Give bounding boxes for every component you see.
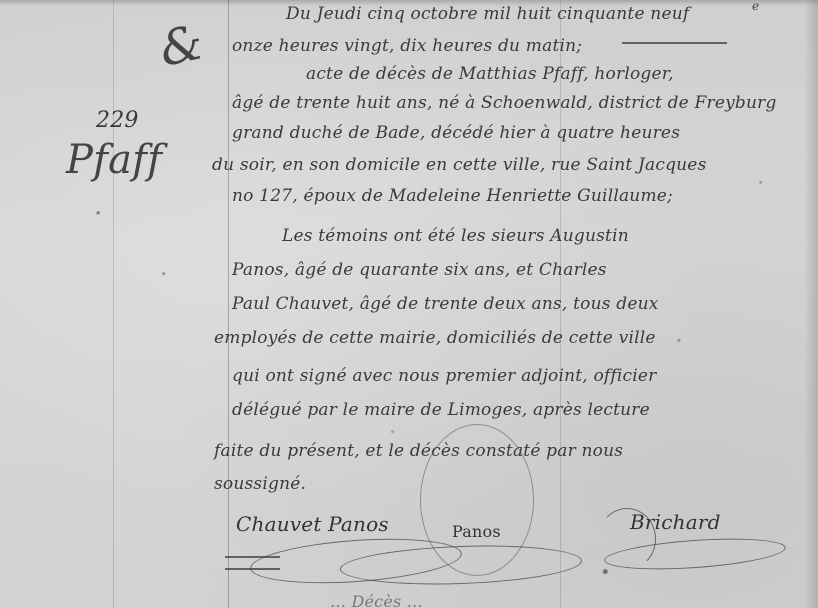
rule-stroke-2 xyxy=(225,568,280,570)
body-line-13: délégué par le maire de Limoges, après l… xyxy=(232,402,650,419)
body-line-9: Panos, âgé de quarante six ans, et Charl… xyxy=(232,262,607,279)
signature-middle: Panos xyxy=(452,524,501,540)
scanned-register-page: & 229 Pfaff Du Jeudi cinq octobre mil hu… xyxy=(0,0,818,608)
line-filler xyxy=(622,42,727,44)
margin-surname: Pfaff xyxy=(66,140,162,180)
body-line-6: du soir, en son domicile en cette ville,… xyxy=(212,157,707,174)
body-line-11: employés de cette mairie, domiciliés de … xyxy=(214,330,656,347)
flourish-right-loop xyxy=(598,508,656,570)
body-line-2: onze heures vingt, dix heures du matin; xyxy=(232,38,582,55)
body-line-1: Du Jeudi cinq octobre mil huit cinquante… xyxy=(286,6,689,23)
next-entry-partial: … Décès … xyxy=(330,594,423,608)
body-line-15: soussigné. xyxy=(214,476,306,493)
margin-mark: & xyxy=(155,18,207,74)
rule-stroke-1 xyxy=(225,556,280,558)
scan-edge-right xyxy=(804,0,818,608)
body-line-4: âgé de trente huit ans, né à Schoenwald,… xyxy=(232,95,777,112)
body-line-12: qui ont signé avec nous premier adjoint,… xyxy=(232,368,657,385)
body-line-5: grand duché de Bade, décédé hier à quatr… xyxy=(232,125,680,142)
body-line-14: faite du présent, et le décès constaté p… xyxy=(214,443,623,460)
body-line-10: Paul Chauvet, âgé de trente deux ans, to… xyxy=(232,296,659,313)
superscript-mark: e xyxy=(752,0,759,12)
margin-rule-left xyxy=(113,0,114,608)
margin-rule-main xyxy=(228,0,229,608)
body-line-8: Les témoins ont été les sieurs Augustin xyxy=(282,228,629,245)
entry-number: 229 xyxy=(96,110,139,132)
signature-left: Chauvet Panos xyxy=(236,514,389,534)
body-line-3: acte de décès de Matthias Pfaff, horloge… xyxy=(306,66,674,83)
body-line-7: no 127, époux de Madeleine Henriette Gui… xyxy=(232,188,673,205)
